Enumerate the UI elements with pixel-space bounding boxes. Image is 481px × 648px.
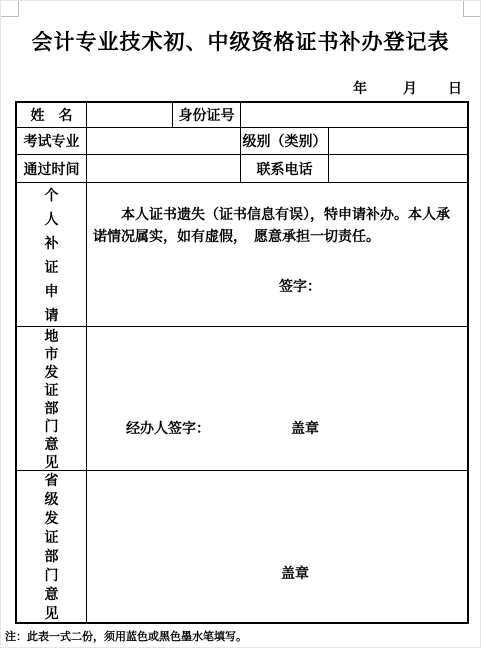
signature-label: 签字：: [279, 276, 321, 296]
personal-application-section-label-text: 个人补证申请: [44, 183, 60, 327]
date-month-label: 月: [403, 78, 417, 98]
id-number-input-cell[interactable]: [241, 103, 467, 128]
level-label-cell: 级别（类别）: [241, 128, 329, 155]
phone-input-cell[interactable]: [329, 155, 467, 183]
phone-label-cell: 联系电话: [241, 155, 329, 183]
pass-time-label-cell: 通过时间: [17, 155, 87, 183]
page-title: 会计专业技术初、中级资格证书补办登记表: [1, 26, 480, 56]
city-seal-label: 盖章: [291, 418, 319, 438]
date-year-label: 年: [353, 78, 367, 98]
exam-major-input-cell[interactable]: [87, 128, 241, 155]
province-seal-label: 盖章: [281, 563, 309, 583]
city-dept-section-label-text: 地市发证部门意见: [44, 327, 60, 471]
margin-corner-mark-right: [463, 1, 481, 17]
registration-form-table: 姓 名 身份证号 考试专业 级别（类别） 通过时间 联系电话 个人补证申请 本人…: [15, 101, 469, 624]
pass-time-input-cell[interactable]: [87, 155, 241, 183]
province-dept-section-label-text: 省级发证部门意见: [44, 471, 60, 623]
document-page: 会计专业技术初、中级资格证书补办登记表 年 月 日 姓 名 身份证号 考试专业 …: [0, 0, 481, 648]
handler-signature-label: 经办人签字：: [126, 418, 210, 438]
personal-application-section-label: 个人补证申请: [17, 183, 87, 327]
id-number-label-cell: 身份证号: [173, 103, 241, 128]
margin-corner-mark-left: [1, 1, 19, 17]
province-dept-section-label: 省级发证部门意见: [17, 471, 87, 622]
province-dept-content-cell[interactable]: 盖章: [87, 471, 467, 622]
level-input-cell[interactable]: [329, 128, 467, 155]
name-input-cell[interactable]: [87, 103, 173, 128]
name-label-cell: 姓 名: [17, 103, 87, 128]
date-day-label: 日: [448, 78, 462, 98]
city-dept-section-label: 地市发证部门意见: [17, 327, 87, 471]
footer-note: 注：此表一式二份，须用蓝色或黑色墨水笔填写。: [5, 628, 247, 644]
application-statement: 本人证书遗失（证书信息有误），特申请补办。本人承诺情况属实，如有虚假， 愿意承担…: [87, 183, 467, 247]
personal-application-content-cell[interactable]: 本人证书遗失（证书信息有误），特申请补办。本人承诺情况属实，如有虚假， 愿意承担…: [87, 183, 467, 327]
city-dept-content-cell[interactable]: 经办人签字： 盖章: [87, 327, 467, 471]
exam-major-label-cell: 考试专业: [17, 128, 87, 155]
